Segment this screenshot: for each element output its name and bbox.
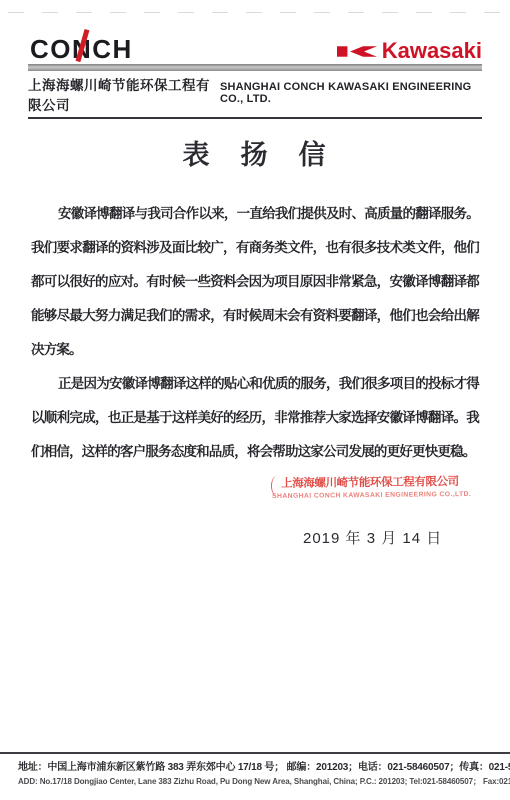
letter-paragraph-1: 安徽译博翻译与我司合作以来，一直给我们提供及时、高质量的翻译服务。我们要求翻译的… xyxy=(31,197,479,367)
kawasaki-mark-icon xyxy=(337,45,377,58)
letter-body: 安徽译博翻译与我司合作以来，一直给我们提供及时、高质量的翻译服务。我们要求翻译的… xyxy=(31,197,479,469)
footer: 地址：中国上海市浦东新区紫竹路 383 弄东郊中心 17/18 号； 邮编：20… xyxy=(0,752,510,787)
company-name-cn: 上海海螺川崎节能环保工程有限公司 xyxy=(28,74,220,114)
stamp-company-name-cn: 上海海螺川崎节能环保工程有限公司 xyxy=(272,473,468,491)
letter-paragraph-2: 正是因为安徽译博翻译这样的贴心和优质的服务，我们很多项目的投标才得以顺利完成，也… xyxy=(31,367,479,469)
company-name-en: SHANGHAI CONCH KAWASAKI ENGINEERING CO.,… xyxy=(220,81,482,105)
kawasaki-logo-text: Kawasaki xyxy=(382,40,482,62)
letter-title: 表 扬 信 xyxy=(0,133,510,172)
header-divider-bar xyxy=(28,64,482,71)
stamp-border-arc xyxy=(271,476,283,496)
company-name-row: 上海海螺川崎节能环保工程有限公司 SHANGHAI CONCH KAWASAKI… xyxy=(28,74,482,119)
letter-page: CONCH Kawasaki 上海海螺川崎节能环保工程有限公司 SHANGHAI… xyxy=(0,0,510,800)
stamp-company-name-en: SHANGHAI CONCH KAWASAKI ENGINEERING CO.,… xyxy=(272,491,468,500)
company-stamp: 上海海螺川崎节能环保工程有限公司 SHANGHAI CONCH KAWASAKI… xyxy=(272,473,468,500)
footer-address-en: ADD: No.17/18 Dongjiao Center, Lane 383 … xyxy=(18,776,492,787)
footer-address-cn: 地址：中国上海市浦东新区紫竹路 383 弄东郊中心 17/18 号； 邮编：20… xyxy=(18,758,492,773)
letter-date: 2019 年 3 月 14 日 xyxy=(303,527,442,548)
scan-artifact-line xyxy=(8,12,502,13)
kawasaki-logo: Kawasaki xyxy=(337,40,482,62)
